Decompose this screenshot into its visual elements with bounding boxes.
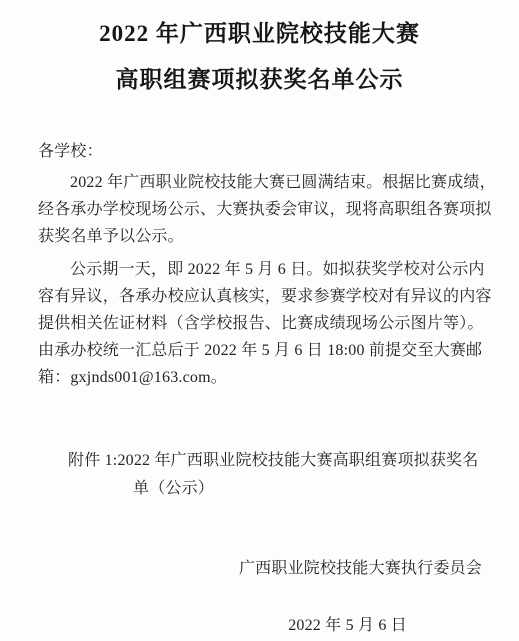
salutation: 各学校： — [38, 138, 482, 165]
attachment-line-2: 单（公示） — [133, 475, 482, 503]
title-line-1: 2022 年广西职业院校技能大赛 — [0, 20, 519, 48]
body-line: 提供相关佐证材料（含学校报告、比赛成绩现场公示图片等）。 — [38, 310, 482, 337]
body-line: 经各承办学校现场公示、大赛执委会审议，现将高职组各赛项拟 — [38, 196, 482, 223]
body-line: 2022 年广西职业院校技能大赛已圆满结束。根据比赛成绩， — [38, 169, 482, 196]
body-line: 公示期一天，即 2022 年 5 月 6 日。如拟获奖学校对公示内 — [38, 256, 482, 283]
document-title: 2022 年广西职业院校技能大赛 高职组赛项拟获奖名单公示 — [0, 0, 519, 94]
body-line-email: 箱：gxjnds001@163.com。 — [38, 364, 482, 391]
signature-committee: 广西职业院校技能大赛执行委员会 — [38, 555, 482, 582]
attachment-line-1: 附件 1:2022 年广西职业院校技能大赛高职组赛项拟获奖名 — [68, 447, 482, 475]
body-line: 容有异议，各承办校应认真核实，要求参赛学校对有异议的内容 — [38, 283, 482, 310]
document-page: 2022 年广西职业院校技能大赛 高职组赛项拟获奖名单公示 各学校： 2022 … — [0, 0, 519, 641]
attachment-note: 附件 1:2022 年广西职业院校技能大赛高职组赛项拟获奖名 单（公示） — [68, 447, 482, 503]
title-line-2: 高职组赛项拟获奖名单公示 — [0, 66, 519, 94]
paragraph-result-announcement: 2022 年广西职业院校技能大赛已圆满结束。根据比赛成绩， 经各承办学校现场公示… — [38, 169, 482, 250]
body-line: 由承办校统一汇总后于 2022 年 5 月 6 日 18:00 前提交至大赛邮 — [38, 337, 482, 364]
document-date: 2022 年 5 月 6 日 — [38, 612, 482, 639]
document-body: 各学校： 2022 年广西职业院校技能大赛已圆满结束。根据比赛成绩， 经各承办学… — [0, 138, 519, 639]
paragraph-objection-procedure: 公示期一天，即 2022 年 5 月 6 日。如拟获奖学校对公示内 容有异议，各… — [38, 256, 482, 391]
body-line: 获奖名单予以公示。 — [38, 223, 482, 250]
